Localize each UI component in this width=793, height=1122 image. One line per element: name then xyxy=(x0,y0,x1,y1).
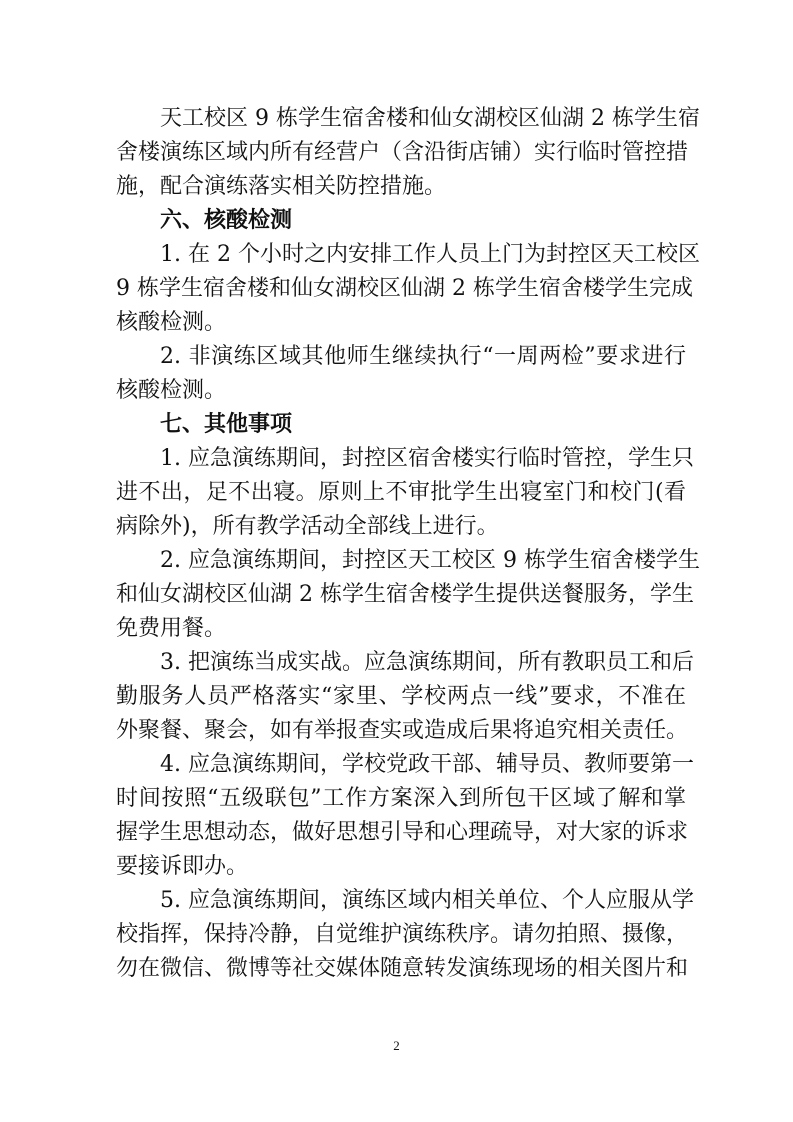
document-page: 天工校区 9 栋学生宿舍楼和仙女湖校区仙湖 2 栋学生宿 舍楼演练区域内所有经营… xyxy=(0,0,793,1122)
page-number: 2 xyxy=(0,1038,793,1054)
paragraph-line: 9 栋学生宿舍楼和仙女湖校区仙湖 2 栋学生宿舍楼学生完成 xyxy=(116,274,686,304)
paragraph-line: 要接诉即办。 xyxy=(116,852,686,882)
paragraph-line: 免费用餐。 xyxy=(116,614,686,644)
paragraph-line: 2. 应急演练期间，封控区天工校区 9 栋学生宿舍楼学生 xyxy=(160,546,686,576)
paragraph-line: 勤服务人员严格落实“家里、学校两点一线”要求，不准在 xyxy=(116,682,686,712)
paragraph-line: 5. 应急演练期间，演练区域内相关单位、个人应服从学 xyxy=(160,886,686,916)
paragraph-line: 1. 应急演练期间，封控区宿舍楼实行临时管控，学生只 xyxy=(160,444,686,474)
paragraph-line: 握学生思想动态，做好思想引导和心理疏导，对大家的诉求 xyxy=(116,818,686,848)
paragraph-line: 和仙女湖校区仙湖 2 栋学生宿舍楼学生提供送餐服务，学生 xyxy=(116,580,686,610)
paragraph-line: 1. 在 2 个小时之内安排工作人员上门为封控区天工校区 xyxy=(160,240,686,270)
paragraph-line: 舍楼演练区域内所有经营户（含沿街店铺）实行临时管控措 xyxy=(116,138,686,168)
paragraph-line: 外聚餐、聚会，如有举报查实或造成后果将追究相关责任。 xyxy=(116,716,686,746)
paragraph-line: 核酸检测。 xyxy=(116,308,686,338)
paragraph-line: 3. 把演练当成实战。应急演练期间，所有教职员工和后 xyxy=(160,648,686,678)
paragraph-line: 4. 应急演练期间，学校党政干部、辅导员、教师要第一 xyxy=(160,750,686,780)
section-heading-nucleic-acid-testing: 六、核酸检测 xyxy=(160,206,686,236)
paragraph-line: 进不出，足不出寝。原则上不审批学生出寝室门和校门(看 xyxy=(116,478,686,508)
paragraph-line: 天工校区 9 栋学生宿舍楼和仙女湖校区仙湖 2 栋学生宿 xyxy=(160,104,686,134)
paragraph-line: 病除外)，所有教学活动全部线上进行。 xyxy=(116,512,686,542)
paragraph-line: 施，配合演练落实相关防控措施。 xyxy=(116,172,686,202)
paragraph-line: 勿在微信、微博等社交媒体随意转发演练现场的相关图片和 xyxy=(116,954,686,984)
paragraph-line: 2. 非演练区域其他师生继续执行“一周两检”要求进行 xyxy=(160,342,686,372)
paragraph-line: 时间按照“五级联包”工作方案深入到所包干区域了解和掌 xyxy=(116,784,686,814)
paragraph-line: 核酸检测。 xyxy=(116,376,686,406)
paragraph-line: 校指挥，保持冷静，自觉维护演练秩序。请勿拍照、摄像， xyxy=(116,920,686,950)
section-heading-other-matters: 七、其他事项 xyxy=(160,410,686,440)
